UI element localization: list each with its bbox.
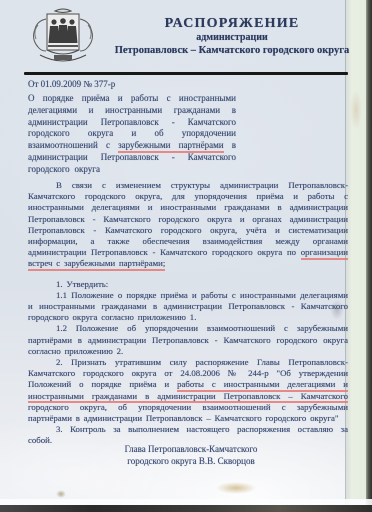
header-rule <box>24 72 348 75</box>
doc-subtitle: администрации <box>104 32 360 44</box>
scan-shadow-right <box>366 0 372 512</box>
item-2-text: городского округа, об упорядочении взаим… <box>28 402 348 423</box>
coat-of-arms-icon <box>24 5 102 69</box>
signature-line-1: Глава Петропавловск-Камчатского <box>86 444 296 456</box>
stain-spot <box>56 490 66 498</box>
doc-type-title: РАСПОРЯЖЕНИЕ <box>104 16 360 32</box>
doc-org-title: Петропавловск – Камчатского городского о… <box>104 44 360 57</box>
scanned-document-page: РАСПОРЯЖЕНИЕ администрации Петропавловск… <box>0 0 372 512</box>
item-2: 2. Признать утратившим силу распоряжение… <box>28 357 348 424</box>
doc-number-date: От 01.09.2009 № 377-р <box>28 79 115 89</box>
intro-paragraph: В связи с изменением структуры администр… <box>28 180 348 270</box>
scan-shadow-bottom <box>0 505 372 512</box>
subject-paragraph: О порядке приёма и работы с иностранными… <box>28 93 236 176</box>
item-1-1: 1.1 Положение о порядке приёма и работы … <box>28 290 348 324</box>
paper-edge-right <box>346 0 366 512</box>
signature-block: Глава Петропавловск-Камчатского городско… <box>86 444 296 467</box>
document-body: В связи с изменением структуры администр… <box>28 180 348 447</box>
item-1: 1. Утвердить: <box>28 279 348 290</box>
stain-spot <box>216 482 256 494</box>
item-1-2: 1.2 Положение об упорядочении взаимоотно… <box>28 323 348 357</box>
intro-text: В связи с изменением структуры администр… <box>28 180 348 257</box>
document-header: РАСПОРЯЖЕНИЕ администрации Петропавловск… <box>104 16 360 57</box>
signature-line-2: городского округа В.В. Скворцов <box>86 456 296 468</box>
subject-underlined-text: зарубежными партнёрами <box>118 140 223 153</box>
